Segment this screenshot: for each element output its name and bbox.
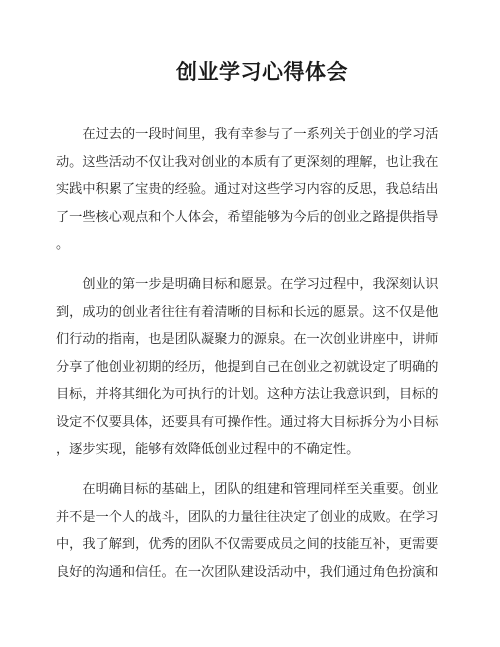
text-line: 并不是一个人的战斗，团队的力量往往决定了创业的成败。在学习 xyxy=(56,503,451,531)
text-line: 设定不仅要具体，还要具有可操作性。通过将大目标拆分为小目标 xyxy=(56,408,451,436)
document-body: 在过去的一段时间里，我有幸参与了一系列关于创业的学习活动。这些活动不仅让我对创业… xyxy=(56,120,451,585)
text-line: 。 xyxy=(56,230,451,258)
text-line: 分享了他创业初期的经历，他提到自己在创业之初就设定了明确的 xyxy=(56,353,451,381)
text-line: 到，成功的创业者往往有着清晰的目标和长远的愿景。这不仅是他 xyxy=(56,298,451,326)
text-line: 了一些核心观点和个人体会，希望能够为今后的创业之路提供指导 xyxy=(56,203,451,231)
document-title: 创业学习心得体会 xyxy=(24,59,500,86)
text-line: 动。这些活动不仅让我对创业的本质有了更深刻的理解，也让我在 xyxy=(56,148,451,176)
text-line: 们行动的指南，也是团队凝聚力的源泉。在一次创业讲座中，讲师 xyxy=(56,325,451,353)
paragraph-1: 在过去的一段时间里，我有幸参与了一系列关于创业的学习活动。这些活动不仅让我对创业… xyxy=(56,120,451,258)
paragraph-3: 在明确目标的基础上，团队的组建和管理同样至关重要。创业并不是一个人的战斗，团队的… xyxy=(56,475,451,585)
text-line: 目标，并将其细化为可执行的计划。这种方法让我意识到，目标的 xyxy=(56,380,451,408)
text-line: 良好的沟通和信任。在一次团队建设活动中，我们通过角色扮演和 xyxy=(56,558,451,586)
text-line: ，逐步实现，能够有效降低创业过程中的不确定性。 xyxy=(56,435,451,463)
text-line: 实践中积累了宝贵的经验。通过对这些学习内容的反思，我总结出 xyxy=(56,175,451,203)
text-line: 创业的第一步是明确目标和愿景。在学习过程中，我深刻认识 xyxy=(56,270,451,298)
paragraph-2: 创业的第一步是明确目标和愿景。在学习过程中，我深刻认识到，成功的创业者往往有着清… xyxy=(56,270,451,463)
text-line: 在过去的一段时间里，我有幸参与了一系列关于创业的学习活 xyxy=(56,120,451,148)
text-line: 在明确目标的基础上，团队的组建和管理同样至关重要。创业 xyxy=(56,475,451,503)
text-line: 中，我了解到，优秀的团队不仅需要成员之间的技能互补，更需要 xyxy=(56,530,451,558)
document-page: 创业学习心得体会 在过去的一段时间里，我有幸参与了一系列关于创业的学习活动。这些… xyxy=(0,0,500,647)
